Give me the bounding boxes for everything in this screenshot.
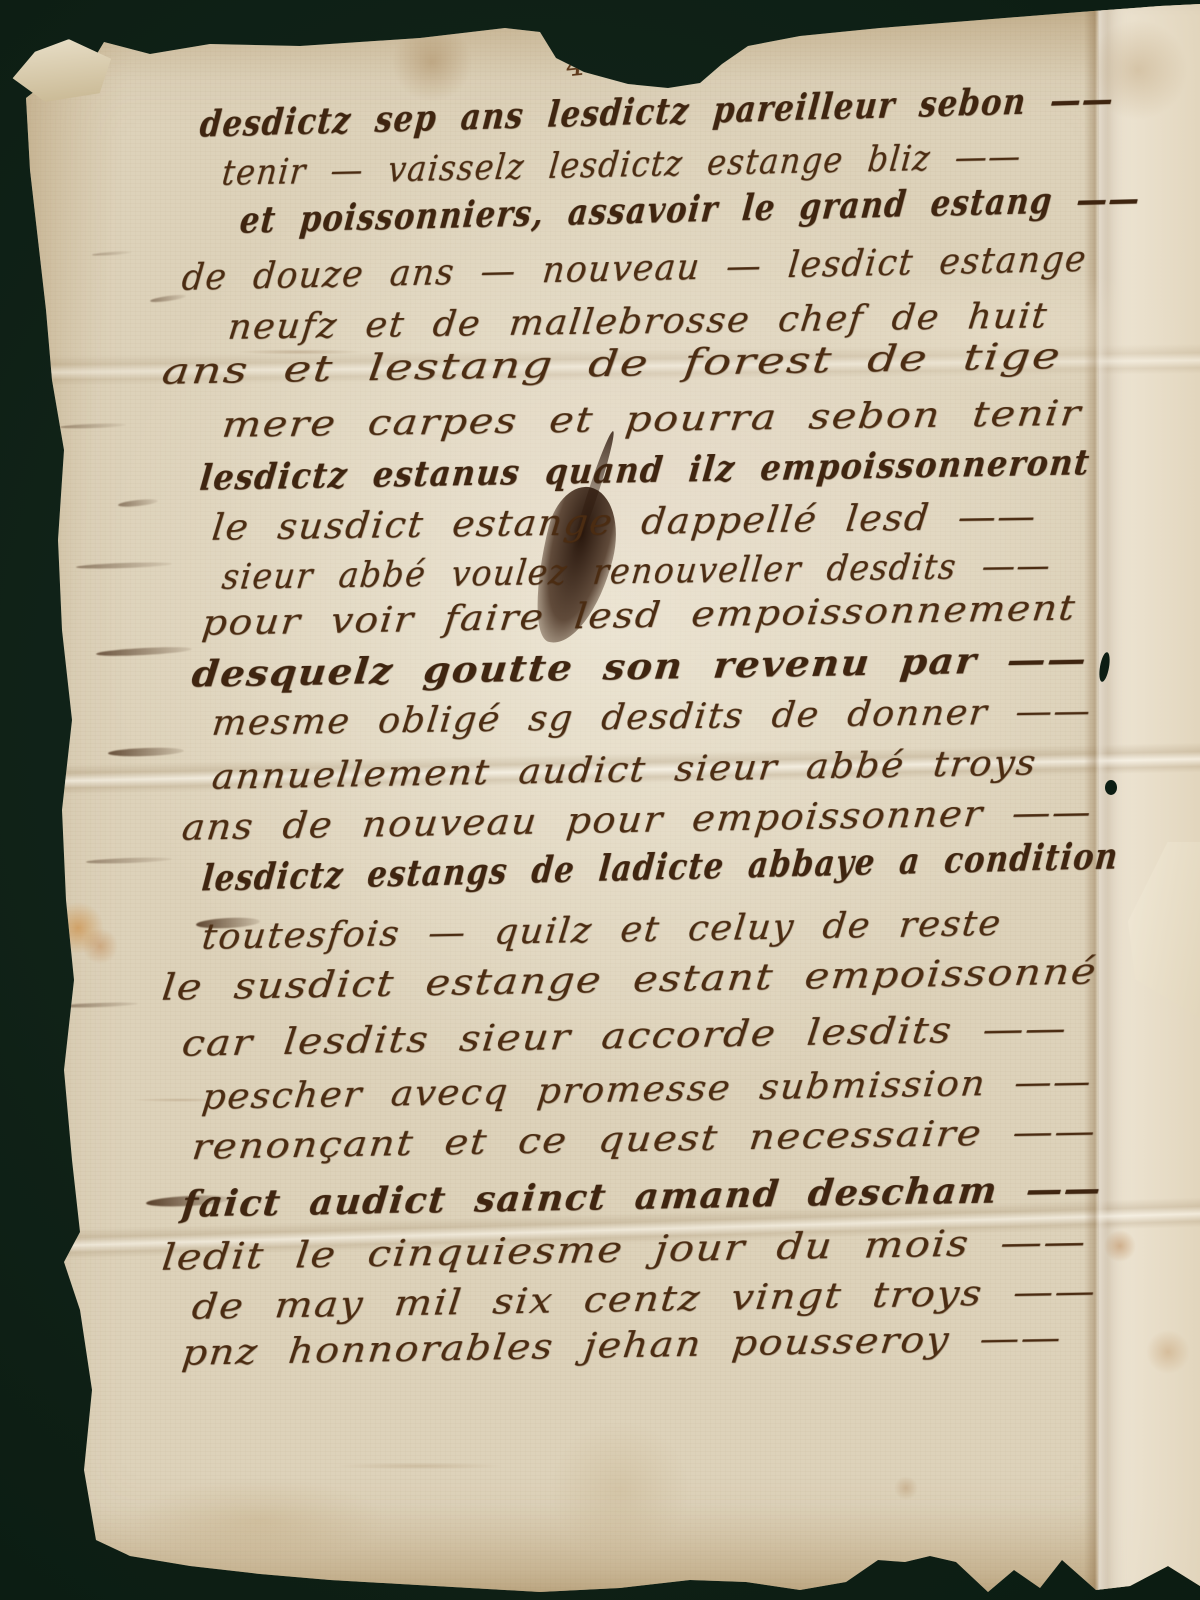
manuscript-line: le susdict estange estant empoissonné bbox=[160, 952, 1099, 1009]
manuscript-line: desquelz goutte son revenu par —— bbox=[190, 638, 1090, 696]
manuscript-line: lesdictz estanus quand ilz empoissonnero… bbox=[198, 442, 1092, 499]
manuscript-line: faict audict sainct amand descham —— bbox=[180, 1168, 1104, 1226]
photo-background: 4 desdictz sep ans lesdictz pareilleur s… bbox=[0, 0, 1200, 1600]
manuscript-line: pnz honnorables jehan pousseroy —— bbox=[180, 1319, 1064, 1374]
manuscript-line: le susdict estange dappellé lesd —— bbox=[210, 496, 1039, 549]
manuscript-line: de douze ans — nouveau — lesdict estange bbox=[180, 239, 1089, 299]
manuscript-line: annuellement audict sieur abbé troys bbox=[210, 744, 1039, 798]
manuscript-line: desdictz sep ans lesdictz pareilleur seb… bbox=[198, 78, 1116, 146]
manuscript-line: renonçant et ce quest necessaire —— bbox=[190, 1112, 1098, 1168]
manuscript-line: pescher avecq promesse submission —— bbox=[200, 1062, 1094, 1118]
manuscript-line: toutesfois — quilz et celuy de reste bbox=[200, 904, 1004, 958]
manuscript-line: mesme obligé sg desdits de donner —— bbox=[210, 692, 1094, 744]
manuscript-line: pour voir faire lesd empoissonnement bbox=[200, 589, 1078, 644]
manuscript-page: 4 desdictz sep ans lesdictz pareilleur s… bbox=[0, 0, 1200, 1600]
manuscript-line: sieur abbé voulez renouveller desdits —— bbox=[220, 546, 1053, 598]
manuscript-line: mere carpes et pourra sebon tenir bbox=[220, 394, 1084, 446]
manuscript-line: ledit le cinquiesme jour du mois —— bbox=[160, 1222, 1089, 1279]
manuscript-text-block: desdictz sep ans lesdictz pareilleur seb… bbox=[0, 0, 1200, 1600]
manuscript-line: car lesdits sieur accorde lesdits —— bbox=[180, 1009, 1070, 1066]
